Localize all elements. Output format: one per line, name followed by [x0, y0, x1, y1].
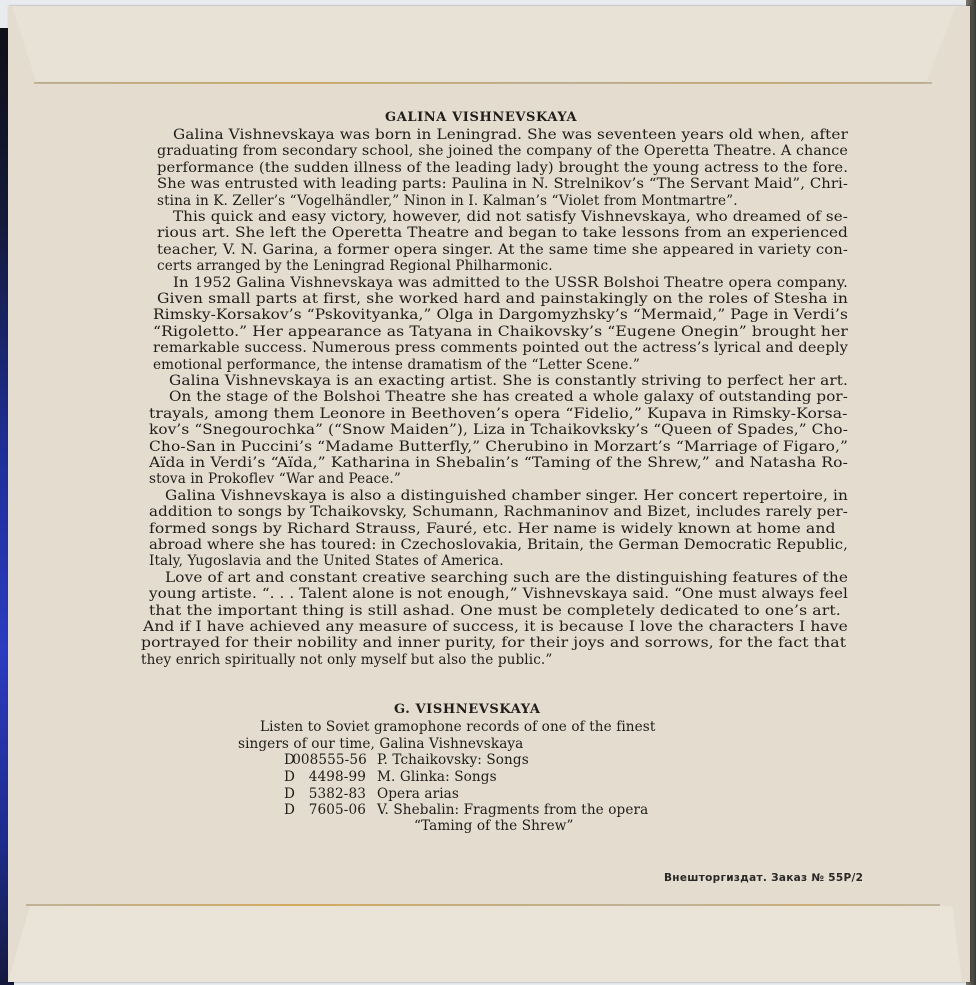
publisher-note: Внешторгиздат. Заказ № 55Р/2: [664, 872, 863, 884]
record-title: P. Tchaikovsky: Songs: [377, 752, 529, 768]
discography-title: G. VISHNEVSKAYA: [394, 702, 541, 718]
record-prefix: D: [284, 802, 295, 818]
discography-intro-line: Listen to Soviet gramophone records of o…: [260, 719, 655, 735]
record-prefix: D: [284, 786, 295, 802]
record-number: 5382-83: [309, 786, 366, 802]
record-title-continuation: “Taming of the Shrew”: [414, 818, 574, 834]
record-number: 008555-56: [292, 752, 366, 768]
record-prefix: D: [284, 769, 295, 785]
discography: G. VISHNEVSKAYA Listen to Soviet gramoph…: [0, 0, 976, 985]
record-number: 4498-99: [309, 769, 366, 785]
record-title: Opera arias: [377, 786, 459, 802]
discography-intro-line: singers of our time, Galina Vishnevskaya: [238, 736, 523, 752]
record-number: 7605-06: [309, 802, 366, 818]
record-title: V. Shebalin: Fragments from the opera: [377, 802, 648, 818]
record-title: M. Glinka: Songs: [377, 769, 497, 785]
